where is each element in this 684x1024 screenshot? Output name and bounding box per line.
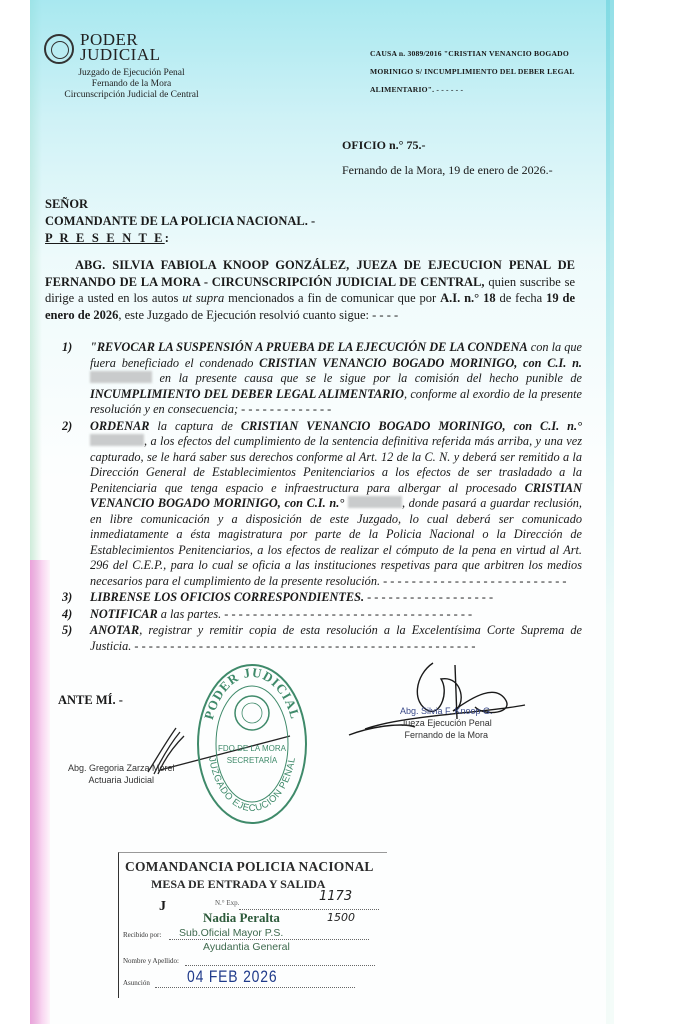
oficio-number: OFICIO n.° 75.- <box>342 138 425 153</box>
resolution-item-5: 5)ANOTAR, registrar y remitir copia de e… <box>62 623 582 654</box>
letterhead-title: PODER JUDICIAL <box>80 32 161 62</box>
case-reference: CAUSA n. 3089/2016 "CRISTIAN VENANCIO BO… <box>370 45 600 99</box>
redacted-id <box>348 496 402 508</box>
resolution-item-3: 3)LIBRENSE LOS OFICIOS CORRESPONDIENTES.… <box>62 590 582 606</box>
reception-time: 1500 <box>327 911 355 924</box>
svg-text:PODER JUDICIAL: PODER JUDICIAL <box>201 665 303 721</box>
resolution-ref: A.I. n.° 18 <box>440 291 496 305</box>
presente: P R E S E N T E: <box>45 230 315 247</box>
ante-mi: ANTE MÍ. - <box>58 693 123 708</box>
police-reception-stamp: COMANDANCIA POLICIA NACIONAL MESA DE ENT… <box>118 852 387 998</box>
resolution-item-2: 2)ORDENAR la captura de CRISTIAN VENANCI… <box>62 419 582 590</box>
page-edge <box>606 0 614 1024</box>
reception-date: 04 FEB 2026 <box>187 967 277 987</box>
svg-text:FDO DE LA MORA: FDO DE LA MORA <box>218 744 287 753</box>
court-seal-stamp: PODER JUDICIAL JUZGADO EJECUCIÓN PENAL F… <box>196 663 308 825</box>
jueza-signature-block: Abg. Silvia F. Knoop G. Jueza Ejecución … <box>400 705 493 741</box>
received-by-name: Nadia Peralta <box>203 910 280 926</box>
redacted-id <box>90 371 152 383</box>
national-seal-icon <box>44 34 74 64</box>
addressee-block: SEÑOR COMANDANTE DE LA POLICIA NACIONAL.… <box>45 196 315 247</box>
salutation: SEÑOR <box>45 196 315 213</box>
resolution-items: 1)"REVOCAR LA SUSPENSIÓN A PRUEBA DE LA … <box>62 340 582 655</box>
place-date: Fernando de la Mora, 19 de enero de 2026… <box>342 163 553 178</box>
actuaria-signature-block: Abg. Gregoria Zarza Morel Actuaria Judic… <box>68 762 175 786</box>
letterhead-subtitle: Juzgado de Ejecución Penal Fernando de l… <box>44 68 219 101</box>
svg-text:SECRETARÍA: SECRETARÍA <box>227 756 278 765</box>
resolution-item-4: 4)NOTIFICAR a las partes. - - - - - - - … <box>62 607 582 623</box>
recipient: COMANDANTE DE LA POLICIA NACIONAL. - <box>45 213 315 230</box>
expedient-number: 1173 <box>319 889 352 904</box>
court-seal-icon: PODER JUDICIAL JUZGADO EJECUCIÓN PENAL F… <box>196 663 308 825</box>
resolution-item-1: 1)"REVOCAR LA SUSPENSIÓN A PRUEBA DE LA … <box>62 340 582 418</box>
redacted-id <box>90 434 144 446</box>
intro-paragraph: ABG. SILVIA FABIOLA KNOOP GONZÁLEZ, JUEZ… <box>45 257 575 323</box>
